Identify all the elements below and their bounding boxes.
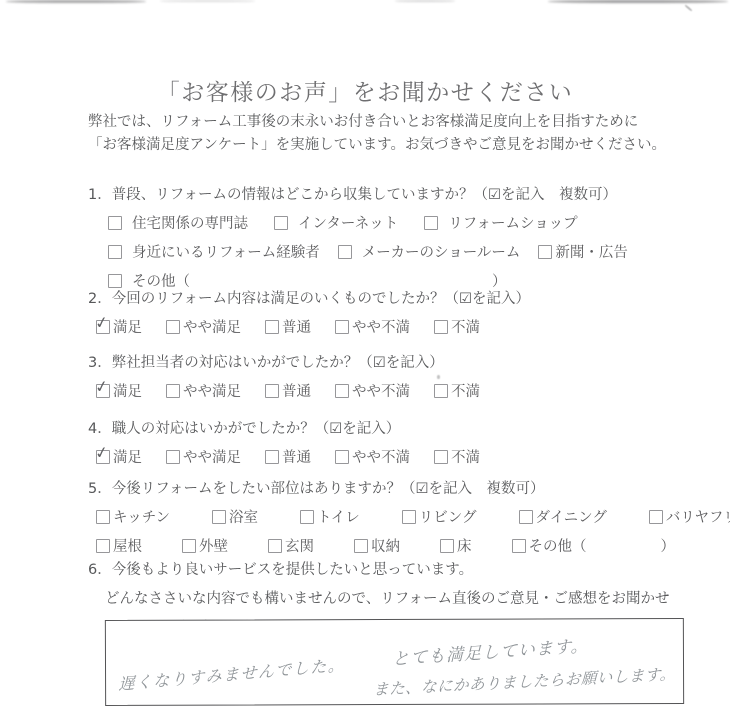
checkbox-q1-sonota[interactable] bbox=[108, 274, 122, 288]
survey-scan-page: 「お客様のお声」をお聞かせください 弊社では、リフォーム工事後の末永いお付き合い… bbox=[0, 0, 730, 723]
option-label: やや不満 bbox=[352, 316, 410, 337]
option-label: トイレ bbox=[317, 506, 360, 527]
question-4-heading: 4．職人の対応はいかがでしたか？（☑を記入） bbox=[88, 417, 480, 438]
option-fuman: 不満 bbox=[434, 316, 480, 337]
question-3-options: ✓ 満足 やや満足 普通 やや不満 不満 bbox=[96, 380, 480, 401]
option-yaya-manzoku: やや満足 bbox=[166, 316, 241, 337]
checkbox-q5-living[interactable] bbox=[402, 510, 416, 524]
option-label: 収納 bbox=[371, 535, 400, 556]
option-label: やや満足 bbox=[183, 316, 241, 337]
option-yaya-manzoku: やや満足 bbox=[166, 380, 241, 401]
question-2-options: ✓ 満足 やや満足 普通 やや不満 不満 bbox=[96, 316, 530, 337]
option-keikensha: 身近にいるリフォーム経験者 bbox=[108, 241, 320, 262]
checkbox-q1-senmonshi[interactable] bbox=[108, 216, 122, 230]
option-yaya-fuman: やや不満 bbox=[335, 316, 410, 337]
option-shunou: 収納 bbox=[354, 535, 400, 556]
question-5-heading: 5．今後リフォームをしたい部位はありますか？（☑を記入 複数可） bbox=[88, 477, 730, 498]
question-5-row-2: 屋根 外壁 玄関 収納 床 その他（ ） bbox=[96, 535, 730, 556]
checkbox-q5-gaiheki[interactable] bbox=[182, 539, 196, 553]
checkbox-q5-kitchen[interactable] bbox=[96, 510, 110, 524]
option-sonota: その他（ bbox=[512, 535, 587, 556]
question-5-row-1: キッチン 浴室 トイレ リビング ダイニング バリヤフリー bbox=[96, 506, 730, 527]
checkbox-q4-fuman[interactable] bbox=[434, 450, 448, 464]
option-reform-shop: リフォームショップ bbox=[424, 212, 577, 233]
option-yuka: 床 bbox=[440, 535, 472, 556]
checkbox-q5-yokushitsu[interactable] bbox=[212, 510, 226, 524]
question-1: 1．普段、リフォームの情報はどこから収集していますか？（☑を記入 複数可） 住宅… bbox=[88, 183, 628, 291]
option-manzoku: ✓ 満足 bbox=[96, 380, 142, 401]
page-title: 「お客様のお声」をお聞かせください bbox=[0, 74, 730, 107]
option-shinbun-koukoku: 新聞・広告 bbox=[538, 241, 628, 262]
option-label: その他（ bbox=[529, 535, 587, 556]
scan-artifact bbox=[684, 4, 692, 11]
question-5: 5．今後リフォームをしたい部位はありますか？（☑を記入 複数可） キッチン 浴室… bbox=[88, 477, 730, 556]
option-yane: 屋根 bbox=[96, 535, 142, 556]
check-mark-icon: ✓ bbox=[93, 441, 110, 462]
option-label: 新聞・広告 bbox=[555, 241, 628, 262]
option-barrier-free: バリヤフリー bbox=[649, 506, 730, 527]
option-yokushitsu: 浴室 bbox=[212, 506, 258, 527]
option-label: やや満足 bbox=[183, 380, 241, 401]
intro-line-1: 弊社では、リフォーム工事後の末永いお付き合いとお客様満足度向上を目指すために bbox=[88, 111, 666, 134]
checkbox-q1-reform-shop[interactable] bbox=[424, 216, 438, 230]
checkbox-q4-futsuu[interactable] bbox=[265, 450, 279, 464]
option-label: 不満 bbox=[451, 446, 480, 467]
option-fuman: 不満 bbox=[434, 380, 480, 401]
option-futsuu: 普通 bbox=[265, 316, 311, 337]
checkbox-q5-genkan[interactable] bbox=[268, 539, 282, 553]
question-2-heading: 2．今回のリフォーム内容は満足のいくものでしたか？（☑を記入） bbox=[88, 287, 530, 308]
scan-artifact bbox=[160, 0, 255, 2]
option-genkan: 玄関 bbox=[268, 535, 314, 556]
option-label: 満足 bbox=[113, 316, 142, 337]
checkbox-q5-yuka[interactable] bbox=[440, 539, 454, 553]
option-label: 不満 bbox=[451, 316, 480, 337]
question-2: 2．今回のリフォーム内容は満足のいくものでしたか？（☑を記入） ✓ 満足 やや満… bbox=[88, 287, 530, 337]
question-6-line-1: 6．今後もより良いサービスを提供したいと思っています。 bbox=[88, 558, 669, 579]
question-4-options: ✓ 満足 やや満足 普通 やや不満 不満 bbox=[96, 446, 480, 467]
checkbox-q4-manzoku[interactable]: ✓ bbox=[96, 450, 110, 464]
option-label: 床 bbox=[457, 535, 472, 556]
option-label: 玄関 bbox=[285, 535, 314, 556]
question-4: 4．職人の対応はいかがでしたか？（☑を記入） ✓ 満足 やや満足 普通 やや不満… bbox=[88, 417, 480, 467]
option-showroom: メーカーのショールーム bbox=[338, 241, 521, 262]
option-yaya-manzoku: やや満足 bbox=[166, 446, 241, 467]
checkbox-q1-internet[interactable] bbox=[274, 216, 288, 230]
option-futsuu: 普通 bbox=[265, 380, 311, 401]
scan-artifact bbox=[6, 0, 146, 3]
option-label: 普通 bbox=[282, 316, 311, 337]
checkbox-q4-yaya-fuman[interactable] bbox=[335, 450, 349, 464]
option-yaya-fuman: やや不満 bbox=[335, 446, 410, 467]
option-label: やや不満 bbox=[352, 446, 410, 467]
checkbox-q3-manzoku[interactable]: ✓ bbox=[96, 384, 110, 398]
option-label: バリヤフリー bbox=[666, 506, 730, 527]
option-label: 身近にいるリフォーム経験者 bbox=[132, 241, 320, 262]
intro-paragraph: 弊社では、リフォーム工事後の末永いお付き合いとお客様満足度向上を目指すために 「… bbox=[88, 111, 666, 157]
option-label: キッチン bbox=[113, 506, 170, 527]
option-label: メーカーのショールーム bbox=[362, 241, 521, 262]
sonota-close-paren: ） bbox=[661, 535, 676, 556]
checkbox-q4-yaya-manzoku[interactable] bbox=[166, 450, 180, 464]
checkbox-q3-futsuu[interactable] bbox=[265, 384, 279, 398]
option-label: 不満 bbox=[451, 380, 480, 401]
option-label: 外壁 bbox=[199, 535, 228, 556]
question-6-line-2: どんなささいな内容でも構いませんので、リフォーム直後のご意見・ご感想をお聞かせ bbox=[105, 587, 669, 608]
option-futsuu: 普通 bbox=[265, 446, 311, 467]
option-senmonshi: 住宅関係の専門誌 bbox=[108, 212, 248, 233]
checkbox-q5-yane[interactable] bbox=[96, 539, 110, 553]
option-manzoku: ✓ 満足 bbox=[96, 316, 142, 337]
option-label: リフォームショップ bbox=[448, 212, 577, 233]
scan-artifact bbox=[548, 0, 728, 3]
option-label: 屋根 bbox=[113, 535, 142, 556]
checkbox-q5-shunou[interactable] bbox=[354, 539, 368, 553]
checkbox-q1-keikensha[interactable] bbox=[108, 245, 122, 259]
option-toilet: トイレ bbox=[300, 506, 360, 527]
question-3: 3．弊社担当者の対応はいかがでしたか？（☑を記入） ✓ 満足 やや満足 普通 や… bbox=[88, 351, 480, 401]
option-label: 住宅関係の専門誌 bbox=[132, 212, 248, 233]
option-internet: インターネット bbox=[274, 212, 398, 233]
option-manzoku: ✓ 満足 bbox=[96, 446, 142, 467]
option-label: ダイニング bbox=[536, 506, 607, 527]
scan-artifact bbox=[395, 0, 455, 2]
option-yaya-fuman: やや不満 bbox=[335, 380, 410, 401]
checkbox-q5-toilet[interactable] bbox=[300, 510, 314, 524]
checkbox-q1-showroom[interactable] bbox=[338, 245, 352, 259]
intro-line-2: 「お客様満足度アンケート」を実施しています。お気づきやご意見をお聞かせください。 bbox=[88, 134, 666, 157]
option-label: 浴室 bbox=[229, 506, 258, 527]
option-label: リビング bbox=[419, 506, 477, 527]
option-gaiheki: 外壁 bbox=[182, 535, 228, 556]
option-living: リビング bbox=[402, 506, 477, 527]
question-1-row-2: 身近にいるリフォーム経験者 メーカーのショールーム 新聞・広告 bbox=[108, 241, 628, 262]
checkbox-q3-fuman[interactable] bbox=[434, 384, 448, 398]
option-label: インターネット bbox=[298, 212, 398, 233]
option-label: 普通 bbox=[282, 380, 311, 401]
option-dining: ダイニング bbox=[519, 506, 607, 527]
check-mark-icon: ✓ bbox=[93, 311, 110, 332]
option-fuman: 不満 bbox=[434, 446, 480, 467]
question-1-row-1: 住宅関係の専門誌 インターネット リフォームショップ bbox=[108, 212, 628, 233]
option-label: やや不満 bbox=[352, 380, 410, 401]
option-label: やや満足 bbox=[183, 446, 241, 467]
option-label: 普通 bbox=[282, 446, 311, 467]
checkbox-q5-dining[interactable] bbox=[519, 510, 533, 524]
checkbox-q2-yaya-manzoku[interactable] bbox=[166, 320, 180, 334]
checkbox-q3-yaya-manzoku[interactable] bbox=[166, 384, 180, 398]
check-mark-icon: ✓ bbox=[93, 375, 110, 396]
option-label: 満足 bbox=[113, 380, 142, 401]
question-1-heading: 1．普段、リフォームの情報はどこから収集していますか？（☑を記入 複数可） bbox=[88, 183, 628, 204]
checkbox-q5-barrier-free[interactable] bbox=[649, 510, 663, 524]
checkbox-q2-futsuu[interactable] bbox=[265, 320, 279, 334]
checkbox-q5-sonota[interactable] bbox=[512, 539, 526, 553]
checkbox-q2-fuman[interactable] bbox=[434, 320, 448, 334]
option-label: 満足 bbox=[113, 446, 142, 467]
checkbox-q3-yaya-fuman[interactable] bbox=[335, 384, 349, 398]
question-3-heading: 3．弊社担当者の対応はいかがでしたか？（☑を記入） bbox=[88, 351, 480, 372]
checkbox-q2-yaya-fuman[interactable] bbox=[335, 320, 349, 334]
checkbox-q2-manzoku[interactable]: ✓ bbox=[96, 320, 110, 334]
checkbox-q1-shinbun-koukoku[interactable] bbox=[538, 245, 552, 259]
option-kitchen: キッチン bbox=[96, 506, 170, 527]
